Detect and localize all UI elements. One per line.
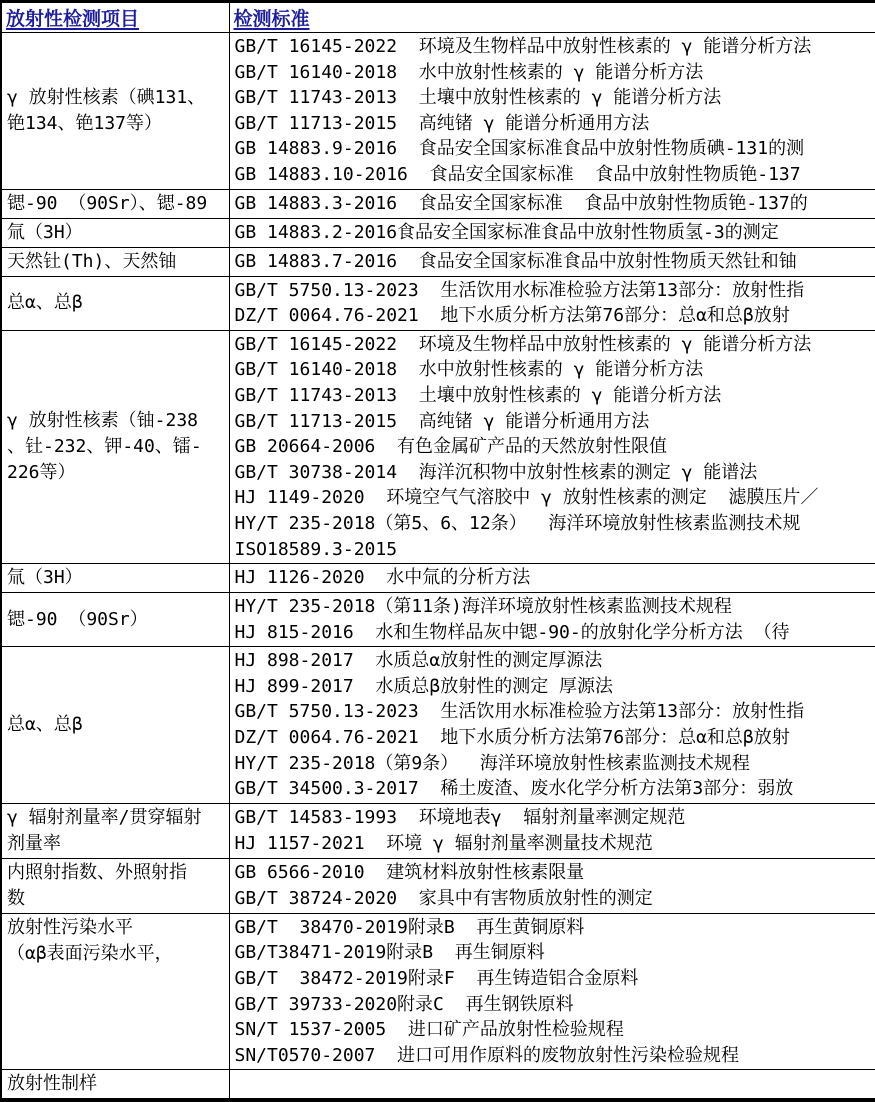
detection-item-cell: 内照射指数、外照射指数 [1,858,229,913]
standard-line: GB 14883.3-2016 食品安全国家标准 食品中放射性物质铯-137的 [235,191,874,217]
standard-line: GB/T 11743-2013 土壤中放射性核素的 γ 能谱分析方法 [235,85,874,111]
detection-item-line: 天然钍(Th)、天然铀 [7,249,227,275]
standard-line: DZ/T 0064.76-2021 地下水质分析方法第76部分：总α和总β放射 [235,303,874,329]
standard-line: HJ 899-2017 水质总β放射性的测定 厚源法 [235,674,874,700]
standard-line: HY/T 235-2018（第11条)海洋环境放射性核素监测技术规程 [235,594,874,620]
detection-standard-cell: HJ 1126-2020 水中氚的分析方法 [229,564,875,593]
detection-standard-cell: GB/T 16145-2022 环境及生物样品中放射性核素的 γ 能谱分析方法G… [229,33,875,190]
detection-standard-cell: HJ 898-2017 水质总α放射性的测定厚源法HJ 899-2017 水质总… [229,647,875,804]
detection-item-cell: γ 辐射剂量率/贯穿辐射剂量率 [1,803,229,858]
standard-line: HJ 1157-2021 环境 γ 辐射剂量率测量技术规范 [235,831,874,857]
table-row: 锶-90 （90Sr）HY/T 235-2018（第11条)海洋环境放射性核素监… [1,593,875,647]
standard-line: GB/T 14583-1993 环境地表γ 辐射剂量率测定规范 [235,805,874,831]
detection-item-line: 放射性制样 [7,1071,227,1097]
standard-line: GB/T 11743-2013 土壤中放射性核素的 γ 能谱分析方法 [235,383,874,409]
standard-line: SN/T0570-2007 进口可用作原料的废物放射性污染检验规程 [235,1043,874,1069]
standard-line: GB/T 39733-2020附录C 再生钢铁原料 [235,992,874,1018]
table-row: γ 放射性核素（铀-238、钍-232、钾-40、镭-226等）GB/T 161… [1,330,875,563]
column-header-detection-item: 放射性检测项目 [1,2,229,33]
table-row: 总α、总βHJ 898-2017 水质总α放射性的测定厚源法HJ 899-201… [1,647,875,804]
standard-line: GB 14883.9-2016 食品安全国家标准食品中放射性物质碘-131的测 [235,136,874,162]
detection-standard-cell: GB 14883.3-2016 食品安全国家标准 食品中放射性物质铯-137的 [229,189,875,218]
detection-standard-cell: GB 14883.2-2016食品安全国家标准食品中放射性物质氢-3的测定 [229,218,875,247]
standard-line: HJ 815-2016 水和生物样品灰中锶-90-的放射化学分析方法 （待 [235,620,874,646]
standard-line: GB/T 5750.13-2023 生活饮用水标准检验方法第13部分：放射性指 [235,278,874,304]
table-row: γ 辐射剂量率/贯穿辐射剂量率GB/T 14583-1993 环境地表γ 辐射剂… [1,803,875,858]
column-header-detection-standard-label: 检测标准 [234,8,310,30]
detection-item-line: γ 放射性核素（铀-238 [7,408,227,434]
detection-item-line: 总α、总β [7,712,227,738]
standard-line: GB/T 11713-2015 高纯锗 γ 能谱分析通用方法 [235,111,874,137]
standard-line: GB/T 38472-2019附录F 再生铸造铝合金原料 [235,966,874,992]
detection-standard-cell: GB/T 5750.13-2023 生活饮用水标准检验方法第13部分：放射性指D… [229,276,875,330]
detection-item-line: 内照射指数、外照射指 [7,860,227,886]
table-row: 氚（3H）HJ 1126-2020 水中氚的分析方法 [1,564,875,593]
detection-standard-cell [229,1070,875,1101]
detection-item-cell: 锶-90 （90Sr） [1,593,229,647]
standards-table-body: γ 放射性核素（碘131、铯134、铯137等）GB/T 16145-2022 … [1,33,875,1101]
standard-line: GB 14883.2-2016食品安全国家标准食品中放射性物质氢-3的测定 [235,220,874,246]
detection-item-line: 锶-90 （90Sr） [7,607,227,633]
detection-item-cell: 总α、总β [1,276,229,330]
detection-item-line: 数 [7,886,227,912]
table-row: 放射性污染水平（αβ表面污染水平，GB/T 38470-2019附录B 再生黄铜… [1,913,875,1070]
detection-item-line: 放射性污染水平 [7,915,227,941]
detection-item-line: γ 放射性核素（碘131、 [7,85,227,111]
detection-item-line: 氚（3H） [7,220,227,246]
detection-item-cell: 氚（3H） [1,564,229,593]
standard-line: GB/T 16145-2022 环境及生物样品中放射性核素的 γ 能谱分析方法 [235,332,874,358]
detection-item-cell: 天然钍(Th)、天然铀 [1,247,229,276]
standard-line: GB 20664-2006 有色金属矿产品的天然放射性限值 [235,434,874,460]
standard-line: GB/T 34500.3-2017 稀土废渣、废水化学分析方法第3部分：弱放 [235,776,874,802]
table-row: 锶-90 （90Sr）、锶-89GB 14883.3-2016 食品安全国家标准… [1,189,875,218]
standard-line: GB/T 38470-2019附录B 再生黄铜原料 [235,915,874,941]
standard-line: GB/T 11713-2015 高纯锗 γ 能谱分析通用方法 [235,409,874,435]
detection-item-line: 剂量率 [7,831,227,857]
standard-line: GB 6566-2010 建筑材料放射性核素限量 [235,860,874,886]
detection-item-cell: 总α、总β [1,647,229,804]
standard-line: HJ 1149-2020 环境空气气溶胶中 γ 放射性核素的测定 滤膜压片／ [235,485,874,511]
detection-item-line: 铯134、铯137等） [7,111,227,137]
standard-line: HY/T 235-2018（第5、6、12条） 海洋环境放射性核素监测技术规 [235,511,874,537]
detection-item-line: 、钍-232、钾-40、镭- [7,434,227,460]
standard-line: GB/T 16145-2022 环境及生物样品中放射性核素的 γ 能谱分析方法 [235,34,874,60]
standard-line: HJ 1126-2020 水中氚的分析方法 [235,565,874,591]
detection-item-line: γ 辐射剂量率/贯穿辐射 [7,805,227,831]
standard-line: ISO18589.3-2015 [235,537,874,563]
standard-line: GB/T 38724-2020 家具中有害物质放射性的测定 [235,886,874,912]
detection-item-line: 226等） [7,460,227,486]
detection-standard-cell: GB 14883.7-2016 食品安全国家标准食品中放射性物质天然钍和铀 [229,247,875,276]
column-header-detection-item-label: 放射性检测项目 [6,8,139,30]
standard-line: GB 14883.7-2016 食品安全国家标准食品中放射性物质天然钍和铀 [235,249,874,275]
standard-line: GB/T 16140-2018 水中放射性核素的 γ 能谱分析方法 [235,60,874,86]
detection-standard-cell: GB/T 16145-2022 环境及生物样品中放射性核素的 γ 能谱分析方法G… [229,330,875,563]
table-row: 总α、总βGB/T 5750.13-2023 生活饮用水标准检验方法第13部分：… [1,276,875,330]
detection-item-cell: 放射性制样 [1,1070,229,1101]
standard-line: HJ 898-2017 水质总α放射性的测定厚源法 [235,648,874,674]
table-row: γ 放射性核素（碘131、铯134、铯137等）GB/T 16145-2022 … [1,33,875,190]
column-header-detection-standard: 检测标准 [229,2,875,33]
detection-standard-cell: GB/T 38470-2019附录B 再生黄铜原料GB/T38471-2019附… [229,913,875,1070]
table-row: 氚（3H）GB 14883.2-2016食品安全国家标准食品中放射性物质氢-3的… [1,218,875,247]
detection-item-line: （αβ表面污染水平， [7,941,227,967]
detection-item-cell: 氚（3H） [1,218,229,247]
detection-item-cell: γ 放射性核素（碘131、铯134、铯137等） [1,33,229,190]
standard-line: GB/T 5750.13-2023 生活饮用水标准检验方法第13部分：放射性指 [235,699,874,725]
standard-line: SN/T 1537-2005 进口矿产品放射性检验规程 [235,1017,874,1043]
table-row: 内照射指数、外照射指数GB 6566-2010 建筑材料放射性核素限量GB/T … [1,858,875,913]
detection-standard-cell: GB/T 14583-1993 环境地表γ 辐射剂量率测定规范HJ 1157-2… [229,803,875,858]
detection-item-line: 氚（3H） [7,565,227,591]
standard-line: GB/T38471-2019附录B 再生铜原料 [235,940,874,966]
radioactivity-standards-table: 放射性检测项目 检测标准 γ 放射性核素（碘131、铯134、铯137等）GB/… [0,0,875,1102]
detection-item-cell: 锶-90 （90Sr）、锶-89 [1,189,229,218]
detection-item-line: 总α、总β [7,290,227,316]
detection-item-cell: γ 放射性核素（铀-238、钍-232、钾-40、镭-226等） [1,330,229,563]
detection-standard-cell: HY/T 235-2018（第11条)海洋环境放射性核素监测技术规程HJ 815… [229,593,875,647]
standard-line: DZ/T 0064.76-2021 地下水质分析方法第76部分：总α和总β放射 [235,725,874,751]
standard-line: HY/T 235-2018（第9条） 海洋环境放射性核素监测技术规程 [235,751,874,777]
table-row: 天然钍(Th)、天然铀GB 14883.7-2016 食品安全国家标准食品中放射… [1,247,875,276]
header-row: 放射性检测项目 检测标准 [1,2,875,33]
standard-line: GB 14883.10-2016 食品安全国家标准 食品中放射性物质铯-137 [235,162,874,188]
detection-standard-cell: GB 6566-2010 建筑材料放射性核素限量GB/T 38724-2020 … [229,858,875,913]
table-row: 放射性制样 [1,1070,875,1101]
detection-item-cell: 放射性污染水平（αβ表面污染水平， [1,913,229,1070]
standard-line: GB/T 30738-2014 海洋沉积物中放射性核素的测定 γ 能谱法 [235,460,874,486]
detection-item-line: 锶-90 （90Sr）、锶-89 [7,191,227,217]
standard-line: GB/T 16140-2018 水中放射性核素的 γ 能谱分析方法 [235,357,874,383]
